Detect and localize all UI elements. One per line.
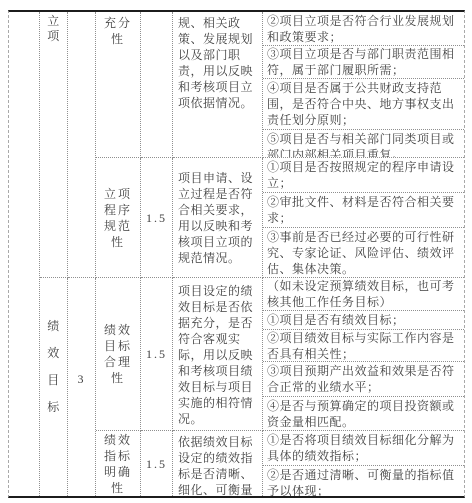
indicator-cell-chongfenxing: 充分性	[96, 12, 141, 158]
score-cell-r1	[141, 12, 173, 158]
indicator-label: 充分性	[101, 12, 135, 47]
criterion-item: ④项目是否属于公共财政支持范围，是否符合中央、地方事权支出责任划分原则；	[263, 79, 464, 130]
description-text: 项目申请、设立过程是否符合相关要求，用以反映和考核项目立项的规范情况。	[178, 170, 258, 266]
score-cell-r3: 1.5	[141, 278, 173, 431]
criteria-cell-r4: ①是否将项目绩效目标细化分解为具体的绩效指标； ②是否通过清晰、可衡量的指标值予…	[263, 431, 464, 496]
criterion-item: ②项目立项是否符合行业发展规划和政策要求；	[263, 12, 464, 46]
group-score-cell-jixiaomubiao: 3	[68, 278, 96, 496]
group-cell-jixiaomubiao: 绩效目标	[40, 278, 68, 496]
criterion-item: ①项目是否按照规定的程序申请设立；	[263, 158, 464, 193]
criterion-item: ③事前是否已经过必要的可行性研究、专家论证、风险评估、绩效评估、集体决策。	[263, 228, 464, 278]
score-cell-r4: 1.5	[141, 431, 173, 496]
indicator-label: 绩效目标合理性	[101, 322, 135, 386]
description-text: 规、相关政策、发展规划以及部门职责，用以反映和考核项目立项依据情况。	[178, 15, 258, 111]
description-cell-r1: 规、相关政策、发展规划以及部门职责，用以反映和考核项目立项依据情况。	[173, 12, 263, 158]
criteria-cell-r2: ①项目是否按照规定的程序申请设立； ②审批文件、材料是否符合相关要求； ③事前是…	[263, 158, 464, 278]
criterion-note: （如未设定预算绩效目标，也可考核其他工作任务目标）	[263, 278, 464, 311]
indicator-cell-lixiangchengxu: 立项程序规范性	[96, 158, 141, 278]
description-cell-r3: 项目设定的绩效目标是否依据充分，是否符合客观实际，用以反映和考核项目绩效目标与项…	[173, 278, 263, 431]
indicator-table: 立项 绩效目标 3 充分性 规、相关政策、发展规划以及部门职责，用以反映和考核项…	[8, 10, 465, 498]
indicator-label: 绩效指标明确性	[101, 432, 135, 496]
criterion-item: ②审批文件、材料是否符合相关要求；	[263, 193, 464, 228]
group-score-cell-lixiang	[68, 12, 96, 278]
group-score: 3	[78, 371, 86, 387]
criteria-cell-r3: （如未设定预算绩效目标，也可考核其他工作任务目标） ①项目是否有绩效目标； ②项…	[263, 278, 464, 431]
criterion-item: ⑤项目是否与相关部门同类项目或部门内部相关项目重复。	[263, 130, 464, 158]
criterion-item: ④是否与预算确定的项目投资额或资金量相匹配。	[263, 397, 464, 431]
criterion-item: ②是否通过清晰、可衡量的指标值予以体现；	[263, 466, 464, 496]
left-empty-column	[9, 12, 40, 496]
group-cell-lixiang: 立项	[40, 12, 68, 278]
criteria-cell-r1: ②项目立项是否符合行业发展规划和政策要求； ③项目立项是否与部门职责范围相符，属…	[263, 12, 464, 158]
score-value: 1.5	[146, 210, 167, 226]
criterion-item: ③项目立项是否与部门职责范围相符，属于部门履职所需；	[263, 46, 464, 79]
score-cell-r2: 1.5	[141, 158, 173, 278]
description-text: 依据绩效目标设定的绩效指标是否清晰、细化、可衡量	[178, 434, 258, 496]
indicator-label: 立项程序规范性	[101, 186, 135, 250]
criterion-item: ③项目预期产出效益和效果是否符合正常的业绩水平；	[263, 362, 464, 397]
description-text: 项目设定的绩效目标是否依据充分，是否符合客观实际，用以反映和考核项目绩效目标与项…	[178, 283, 258, 427]
group-label: 绩效目标	[46, 313, 62, 421]
group-label: 立项	[46, 12, 62, 44]
criterion-item: ①是否将项目绩效目标细化分解为具体的绩效指标；	[263, 431, 464, 466]
score-value: 1.5	[146, 346, 167, 362]
description-cell-r4: 依据绩效目标设定的绩效指标是否清晰、细化、可衡量	[173, 431, 263, 496]
criterion-item: ①项目是否有绩效目标；	[263, 311, 464, 330]
description-cell-r2: 项目申请、设立过程是否符合相关要求，用以反映和考核项目立项的规范情况。	[173, 158, 263, 278]
criterion-item: ②项目绩效目标与实际工作内容是否具有相关性；	[263, 330, 464, 362]
indicator-cell-zhibiaomingque: 绩效指标明确性	[96, 431, 141, 496]
indicator-cell-mubiaoheli: 绩效目标合理性	[96, 278, 141, 431]
score-value: 1.5	[146, 456, 167, 472]
